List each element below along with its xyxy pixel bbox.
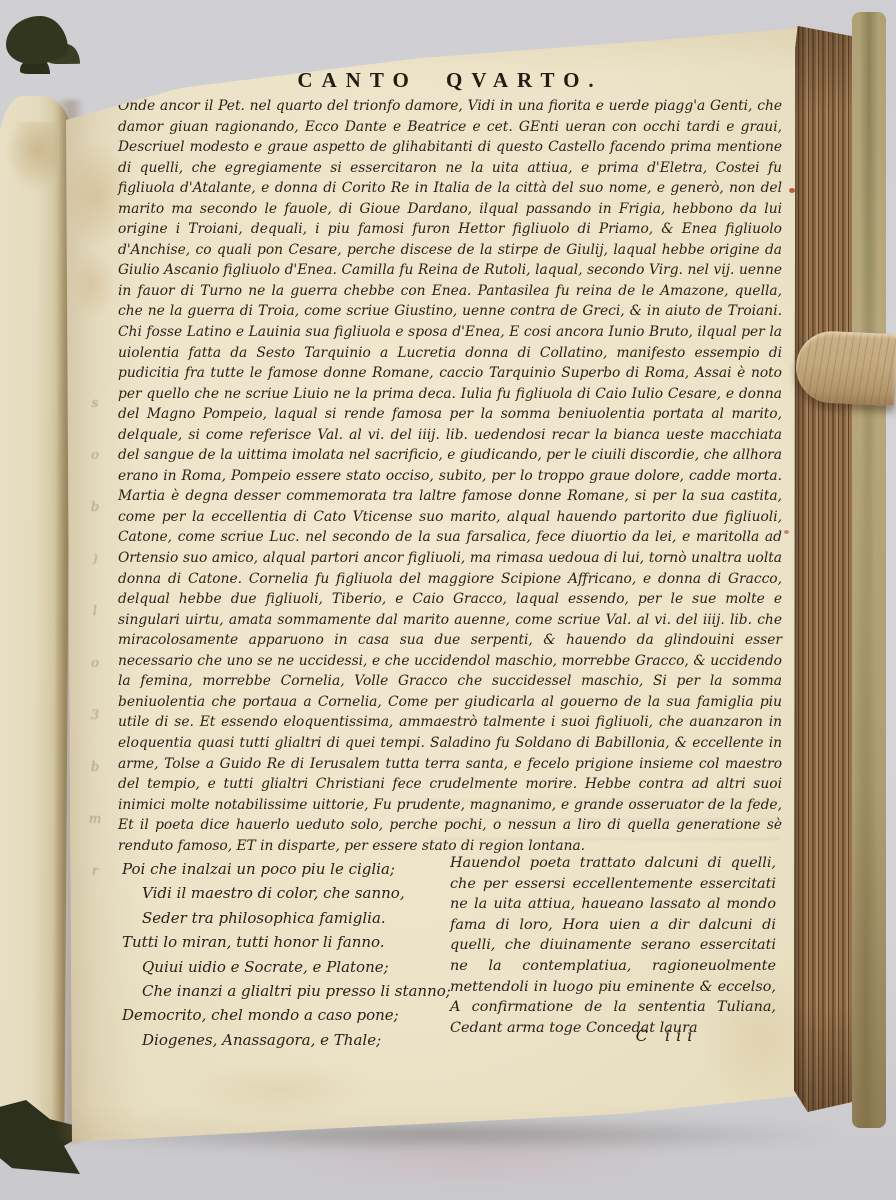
page-title: CANTO QVARTO. [140,68,760,93]
verse-line: Vidi il maestro di color, che sanno, [122,881,442,905]
verse-line: Tutti lo miran, tutti honor li fanno. [122,930,442,954]
verse-line: Democrito, chel mondo a caso pone; [122,1003,442,1027]
book-page: s o b ) l o 3 b m r CANTO QVARTO. Onde a… [0,0,896,1200]
red-ink-speck [784,530,789,534]
verse-line: Diogenes, Anassagora, e Thale; [122,1028,442,1052]
paper-stain [180,1060,380,1120]
fore-edge-pages [794,26,856,1112]
photo-background: s o b ) l o 3 b m r CANTO QVARTO. Onde a… [0,0,896,1200]
commentary-paragraph: Onde ancor il Pet. nel quarto del trionf… [118,96,782,856]
paper-stain [70,250,116,320]
spine-fragment-top [6,16,68,64]
verse-column: Poi che inalzai un poco piu le ciglia; V… [122,857,442,1052]
verse-line: Poi che inalzai un poco piu le ciglia; [122,857,442,881]
vellum-cover-edge [852,12,886,1128]
right-column-paragraph: Hauendol poeta trattato dalcuni di quell… [450,853,776,1038]
verse-line: Quiui uidio e Socrate, e Platone; [122,955,442,979]
margin-showthrough-text: s o b ) l o 3 b m r [84,378,106,898]
verse-line: Seder tra philosophica famiglia. [122,906,442,930]
verse-line: Che inanzi a glialtri piu presso li stan… [122,979,442,1003]
red-ink-speck [789,188,795,193]
signature-mark: C iii [592,1026,742,1045]
bookmark-tab [795,330,896,406]
